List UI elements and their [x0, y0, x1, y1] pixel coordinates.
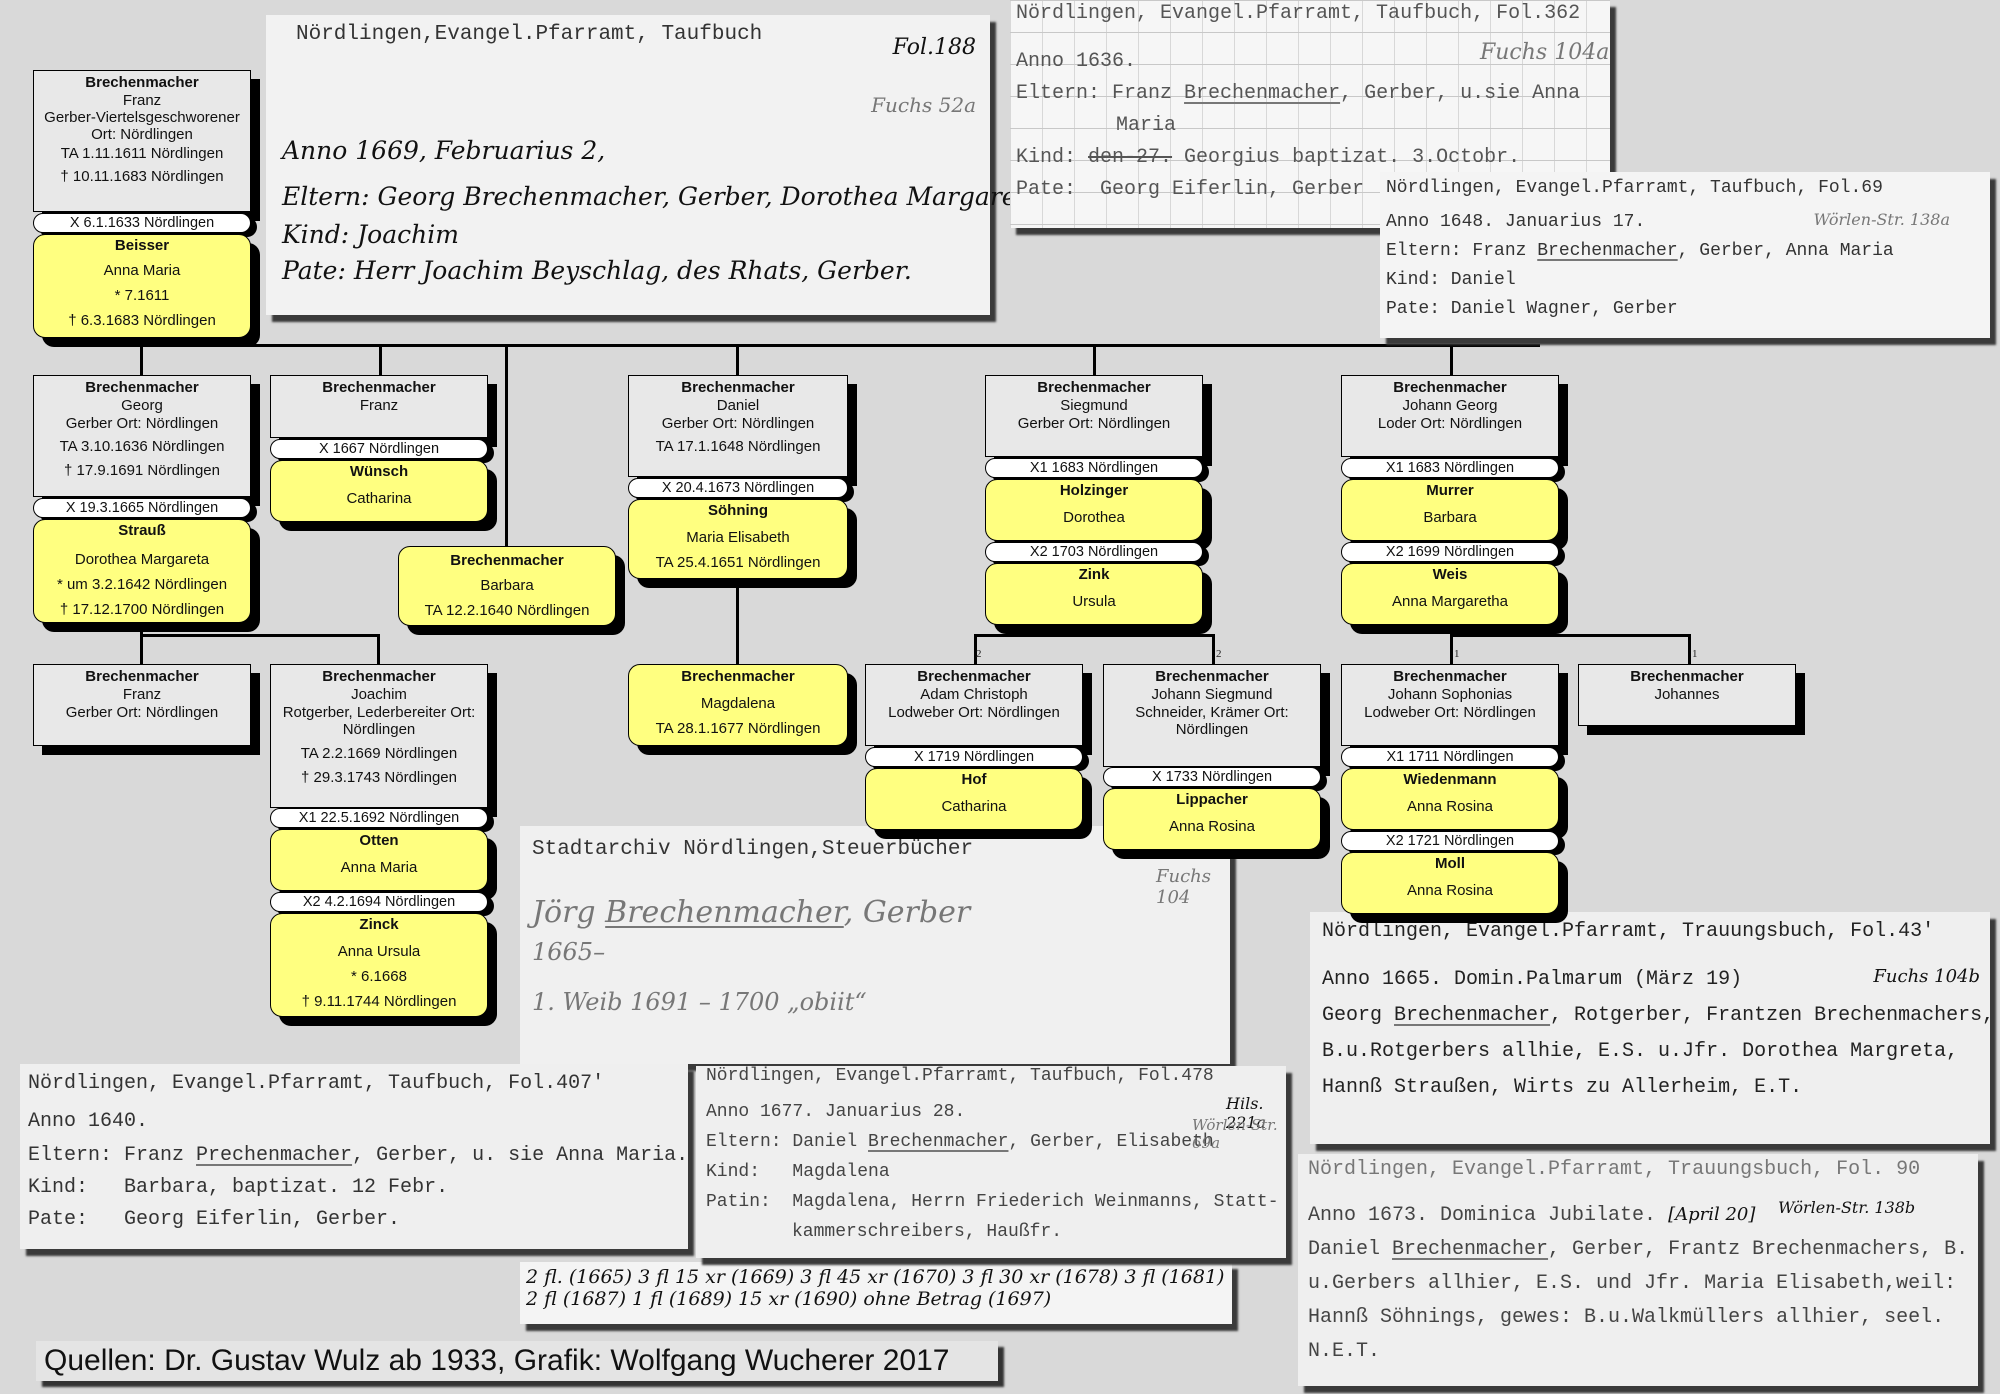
surname: Zinck — [271, 916, 487, 933]
occupation: Gerber Ort: Nördlingen — [629, 416, 847, 431]
card-steuerbuecher: Stadtarchiv Nördlingen,Steuerbücher Fuch… — [520, 826, 1230, 1064]
source-credit: Quellen: Dr. Gustav Wulz ab 1933, Grafik… — [36, 1341, 998, 1381]
steuer-text: Jörg — [532, 895, 605, 930]
reference-note: Fuchs 104b — [1873, 966, 1980, 987]
eltern-text: , Gerber, u.sie Anna — [1340, 82, 1580, 105]
underlined-surname: Brechenmacher — [1392, 1238, 1548, 1261]
marriage-label: X2 1699 Nördlingen — [1341, 542, 1559, 562]
card-trauungsbuch-fol90: Nördlingen, Evangel.Pfarramt, Trauungsbu… — [1298, 1154, 1978, 1386]
steuer-note: 1. Weib 1691 – 1700 „obiit“ — [532, 988, 1230, 1016]
given-name: Anna Rosina — [1342, 882, 1558, 899]
marriage-label: X2 1703 Nördlingen — [985, 542, 1203, 562]
card-header: Nördlingen,Evangel.Pfarramt, Taufbuch — [296, 23, 990, 46]
occupation: Rotgerber, Lederbereiter Ort: — [271, 705, 487, 720]
card-text: , Gerber, Frantz Brechenmachers, B. — [1548, 1238, 1968, 1261]
marriage-label: X1 22.5.1692 Nördlingen — [270, 808, 488, 828]
surname: Beisser — [34, 237, 250, 254]
marriage-label: X 19.3.1665 Nördlingen — [33, 498, 251, 518]
person-barbara-brechenmacher[interactable]: Brechenmacher Barbara TA 12.2.1640 Nördl… — [398, 546, 616, 626]
birth: * um 3.2.1642 Nördlingen — [34, 576, 250, 593]
kind-text: Georgius baptizat. 3.Octobr. — [1172, 146, 1520, 169]
spouse-zink[interactable]: Zink Ursula — [985, 563, 1203, 625]
marriage-label: X2 4.2.1694 Nördlingen — [270, 892, 488, 912]
person-georg-brechenmacher[interactable]: Brechenmacher Georg Gerber Ort: Nördling… — [33, 375, 251, 497]
given-name: Catharina — [866, 798, 1082, 815]
surname: Brechenmacher — [1104, 669, 1320, 684]
place: Ort: Nördlingen — [34, 127, 250, 142]
baptism: TA 28.1.1677 Nördlingen — [629, 721, 847, 736]
marriage-label: X 1733 Nördlingen — [1103, 767, 1321, 787]
card-text: Georg — [1322, 1004, 1394, 1027]
eltern-text: , Gerber, Elisabeth — [1008, 1132, 1213, 1152]
card-taufbuch-fol188: Nördlingen,Evangel.Pfarramt, Taufbuch Fo… — [266, 15, 990, 315]
surname: Brechenmacher — [1342, 669, 1558, 684]
kind-line: Kind: Magdalena — [706, 1162, 1286, 1192]
death: † 29.3.1743 Nördlingen — [271, 770, 487, 785]
reference-note: Wörlen-Str. 138a — [1814, 210, 1950, 229]
given-name: Johann Georg — [1342, 398, 1558, 413]
occupation: Loder Ort: Nördlingen — [1342, 416, 1558, 431]
surname: Brechenmacher — [629, 380, 847, 395]
spouse-moll[interactable]: Moll Anna Rosina — [1341, 852, 1559, 914]
surname: Murrer — [1342, 482, 1558, 499]
surname: Otten — [271, 832, 487, 849]
person-johann-sophonias-brechenmacher[interactable]: Brechenmacher Johann Sophonias Lodweber … — [1341, 664, 1559, 746]
steuer-year: 1665– — [532, 938, 1230, 966]
underlined-surname: Brechenmacher — [605, 895, 844, 930]
patin-continuation: kammerschreibers, Haußfr. — [706, 1222, 1286, 1242]
given-name: Johann Sophonias — [1342, 687, 1558, 702]
spouse-beisser[interactable]: Beisser Anna Maria * 7.1611 † 6.3.1683 N… — [33, 234, 251, 338]
person-franz-brechenmacher-gen3[interactable]: Brechenmacher Franz Gerber Ort: Nördling… — [33, 664, 251, 746]
spouse-otten[interactable]: Otten Anna Maria — [270, 829, 488, 891]
spouse-wuensch[interactable]: Wünsch Catharina — [270, 460, 488, 522]
child-marker: 2 — [976, 648, 982, 660]
baptism: TA 25.4.1651 Nördlingen — [629, 554, 847, 571]
card-steuer-amounts: 2 fl. (1665) 3 fl 15 xr (1669) 3 fl 45 x… — [520, 1262, 1232, 1324]
eltern-text: , Gerber, u. sie Anna Maria. — [352, 1144, 688, 1167]
field-label: Kind: — [1016, 146, 1076, 169]
spouse-zinck[interactable]: Zinck Anna Ursula * 6.1668 † 9.11.1744 N… — [270, 913, 488, 1017]
card-header: Nördlingen, Evangel.Pfarramt, Taufbuch, … — [28, 1072, 688, 1110]
marriage-label: X2 1721 Nördlingen — [1341, 831, 1559, 851]
baptism: TA 17.1.1648 Nördlingen — [629, 439, 847, 454]
child-marker: 1 — [1692, 648, 1698, 660]
steuer-text: , Gerber — [844, 895, 970, 930]
spouse-hof[interactable]: Hof Catharina — [865, 768, 1083, 830]
person-johannes-brechenmacher[interactable]: Brechenmacher Johannes — [1578, 664, 1796, 726]
given-name: Franz — [34, 93, 250, 108]
handwritten-date: [April 20] — [1668, 1204, 1755, 1225]
person-johann-georg-brechenmacher[interactable]: Brechenmacher Johann Georg Loder Ort: Nö… — [1341, 375, 1559, 457]
surname: Hof — [866, 771, 1082, 788]
person-franz-brechenmacher-jun[interactable]: Brechenmacher Franz — [270, 375, 488, 438]
birth: * 6.1668 — [271, 968, 487, 985]
surname: Holzinger — [986, 482, 1202, 499]
surname: Wiedenmann — [1342, 771, 1558, 788]
given-name: Anna Margaretha — [1342, 593, 1558, 610]
marriage-label: X 6.1.1633 Nördlingen — [33, 213, 251, 233]
person-franz-brechenmacher-sen[interactable]: Brechenmacher Franz Gerber-Viertelsgesch… — [33, 70, 251, 212]
spouse-holzinger[interactable]: Holzinger Dorothea — [985, 479, 1203, 541]
card-line: Pate: Herr Joachim Beyschlag, des Rhats,… — [282, 256, 990, 285]
baptism: TA 2.2.1669 Nördlingen — [271, 746, 487, 761]
card-trauungsbuch-fol43: Nördlingen, Evangel.Pfarramt, Trauungsbu… — [1310, 912, 1990, 1144]
spouse-soehning[interactable]: Söhning Maria Elisabeth TA 25.4.1651 Nör… — [628, 499, 848, 579]
given-name: Ursula — [986, 593, 1202, 610]
spouse-wiedenmann[interactable]: Wiedenmann Anna Rosina — [1341, 768, 1559, 830]
struck-text: den-27. — [1088, 146, 1172, 169]
marriage-label: X1 1683 Nördlingen — [1341, 458, 1559, 478]
surname: Brechenmacher — [271, 380, 487, 395]
occupation: Lodweber Ort: Nördlingen — [1342, 705, 1558, 720]
surname: Brechenmacher — [34, 380, 250, 395]
reference-note: Fuchs 104 — [1156, 866, 1230, 908]
card-header: Nördlingen, Evangel.Pfarramt, Taufbuch, … — [706, 1066, 1286, 1102]
spouse-lippacher[interactable]: Lippacher Anna Rosina — [1103, 788, 1321, 850]
card-line: Eltern: Georg Brechenmacher, Gerber, Dor… — [282, 182, 990, 220]
card-taufbuch-fol69: Nördlingen, Evangel.Pfarramt, Taufbuch, … — [1380, 172, 1990, 338]
eltern-text: , Gerber, Anna Maria — [1678, 241, 1894, 261]
given-name: Anna Ursula — [271, 943, 487, 960]
given-name: Barbara — [1342, 509, 1558, 526]
given-name: Anna Maria — [34, 262, 250, 279]
occupation: Lodweber Ort: Nördlingen — [866, 705, 1082, 720]
surname: Weis — [1342, 566, 1558, 583]
given-name: Dorothea — [986, 509, 1202, 526]
given-name: Anna Maria — [271, 859, 487, 876]
surname: Brechenmacher — [986, 380, 1202, 395]
surname: Moll — [1342, 855, 1558, 872]
given-name: Daniel — [629, 398, 847, 413]
child-marker: 1 — [1454, 648, 1460, 660]
reference-note: Fuchs 52a — [871, 93, 976, 117]
pate-line: Pate: Georg Eiferlin, Gerber. — [28, 1208, 688, 1231]
occupation-cont: Nördlingen — [1104, 722, 1320, 737]
occupation: Gerber Ort: Nördlingen — [986, 416, 1202, 431]
occupation-cont: Nördlingen — [271, 722, 487, 737]
card-line: Hannß Söhnings, gewes: B.u.Walkmüllers a… — [1308, 1306, 1978, 1340]
marriage-label: X 1719 Nördlingen — [865, 747, 1083, 767]
underlined-surname: Prechenmacher — [196, 1144, 352, 1167]
baptism: TA 1.11.1611 Nördlingen — [34, 146, 250, 161]
surname: Brechenmacher — [866, 669, 1082, 684]
card-text: , Rotgerber, Frantzen Brechenmachers, — [1550, 1004, 1994, 1027]
given-name: Maria Elisabeth — [629, 529, 847, 546]
occupation: Gerber-Viertelsgeschworener — [34, 110, 250, 125]
card-text: Daniel — [1308, 1238, 1392, 1261]
given-name: Johann Siegmund — [1104, 687, 1320, 702]
given-name: Franz — [34, 687, 250, 702]
folio-label: Fol.188 — [893, 35, 976, 60]
card-line: N.E.T. — [1308, 1340, 1978, 1363]
given-name: Catharina — [271, 490, 487, 507]
given-name: Anna Rosina — [1104, 818, 1320, 835]
given-name: Georg — [34, 398, 250, 413]
marriage-label: X1 1711 Nördlingen — [1341, 747, 1559, 767]
person-adam-christoph-brechenmacher[interactable]: Brechenmacher Adam Christoph Lodweber Or… — [865, 664, 1083, 746]
given-name: Magdalena — [629, 696, 847, 711]
death: † 17.9.1691 Nördlingen — [34, 463, 250, 478]
eltern-text: Eltern: Franz — [28, 1144, 196, 1167]
card-header: Nördlingen, Evangel.Pfarramt, Taufbuch, … — [1386, 178, 1990, 212]
eltern-text: Eltern: Daniel — [706, 1132, 868, 1152]
kind-line: Kind: Daniel — [1386, 270, 1990, 299]
eltern-text: Eltern: Franz — [1386, 241, 1537, 261]
occupation: Gerber Ort: Nördlingen — [34, 705, 250, 720]
marriage-label: X 1667 Nördlingen — [270, 439, 488, 459]
surname: Brechenmacher — [34, 75, 250, 90]
given-name: Joachim — [271, 687, 487, 702]
card-header: Nördlingen, Evangel.Pfarramt, Taufbuch, … — [1016, 2, 1610, 34]
surname: Söhning — [629, 502, 847, 519]
anno-line: Anno 1640. — [28, 1110, 688, 1144]
given-name: Johannes — [1579, 687, 1795, 702]
death: † 6.3.1683 Nördlingen — [34, 312, 250, 329]
birth: * 7.1611 — [34, 287, 250, 304]
kind-line: Kind: Barbara, baptizat. 12 Febr. — [28, 1176, 688, 1208]
spouse-weis[interactable]: Weis Anna Margaretha — [1341, 563, 1559, 625]
occupation: Gerber Ort: Nördlingen — [34, 416, 250, 431]
reference-note: Fuchs 104a — [1480, 40, 1609, 65]
death: † 10.11.1683 Nördlingen — [34, 169, 250, 184]
card-header: Nördlingen, Evangel.Pfarramt, Trauungsbu… — [1322, 920, 1990, 968]
eltern-continuation: Maria — [1016, 114, 1610, 146]
surname: Brechenmacher — [34, 669, 250, 684]
card-line: Hannß Straußen, Wirts zu Allerheim, E.T. — [1322, 1076, 1990, 1099]
person-daniel-brechenmacher[interactable]: Brechenmacher Daniel Gerber Ort: Nördlin… — [628, 375, 848, 477]
patin-line: Patin: Magdalena, Herrn Friederich Weinm… — [706, 1192, 1286, 1222]
person-magdalena-brechenmacher[interactable]: Brechenmacher Magdalena TA 28.1.1677 Nör… — [628, 664, 848, 746]
marriage-label: X1 1683 Nördlingen — [985, 458, 1203, 478]
spouse-strauss[interactable]: Strauß Dorothea Margareta * um 3.2.1642 … — [33, 519, 251, 623]
given-name: Adam Christoph — [866, 687, 1082, 702]
death: † 9.11.1744 Nördlingen — [271, 993, 487, 1010]
given-name: Dorothea Margareta — [34, 551, 250, 568]
pate-line: Pate: Daniel Wagner, Gerber — [1386, 299, 1990, 319]
baptism: TA 12.2.1640 Nördlingen — [399, 603, 615, 618]
occupation: Schneider, Krämer Ort: — [1104, 705, 1320, 720]
person-siegmund-brechenmacher[interactable]: Brechenmacher Siegmund Gerber Ort: Nördl… — [985, 375, 1203, 457]
card-line: Kind: Joachim — [282, 220, 990, 256]
underlined-surname: Brechenmacher — [1184, 82, 1340, 105]
given-name: Siegmund — [986, 398, 1202, 413]
eltern-text: Franz — [1112, 82, 1184, 105]
given-name: Barbara — [399, 578, 615, 593]
person-joachim-brechenmacher[interactable]: Brechenmacher Joachim Rotgerber, Lederbe… — [270, 664, 488, 808]
surname: Brechenmacher — [271, 669, 487, 684]
surname: Zink — [986, 566, 1202, 583]
surname: Wünsch — [271, 463, 487, 480]
given-name: Franz — [271, 398, 487, 413]
reference-note: Wörlen-Str. 138b — [1778, 1198, 1915, 1217]
anno-line: Anno 1673. Dominica Jubilate. — [1308, 1204, 1656, 1227]
underlined-surname: Brechenmacher — [868, 1132, 1008, 1152]
death: † 17.12.1700 Nördlingen — [34, 601, 250, 618]
field-label: Eltern: — [1016, 82, 1100, 105]
card-taufbuch-fol407: Nördlingen, Evangel.Pfarramt, Taufbuch, … — [20, 1064, 688, 1249]
surname: Brechenmacher — [399, 553, 615, 568]
spouse-murrer[interactable]: Murrer Barbara — [1341, 479, 1559, 541]
surname: Brechenmacher — [629, 669, 847, 684]
card-line: u.Gerbers allhier, E.S. und Jfr. Maria E… — [1308, 1272, 1978, 1306]
surname: Brechenmacher — [1342, 380, 1558, 395]
person-johann-siegmund-brechenmacher[interactable]: Brechenmacher Johann Siegmund Schneider,… — [1103, 664, 1321, 767]
underlined-surname: Brechenmacher — [1537, 241, 1677, 261]
amounts-line: 2 fl (1687) 1 fl (1689) 15 xr (1690) ohn… — [526, 1288, 1232, 1310]
card-line: Anno 1669, Februarius 2, — [282, 136, 990, 182]
surname: Brechenmacher — [1579, 669, 1795, 684]
card-taufbuch-fol478: Nördlingen, Evangel.Pfarramt, Taufbuch, … — [696, 1066, 1286, 1258]
surname: Strauß — [34, 522, 250, 539]
marriage-label: X 20.4.1673 Nördlingen — [628, 478, 848, 498]
child-marker: 2 — [1216, 648, 1222, 660]
underlined-surname: Brechenmacher — [1394, 1004, 1550, 1027]
given-name: Anna Rosina — [1342, 798, 1558, 815]
reference-note: Wörlen-Str. 69a — [1192, 1116, 1286, 1152]
surname: Lippacher — [1104, 791, 1320, 808]
card-line: B.u.Rotgerbers allhie, E.S. u.Jfr. Dorot… — [1322, 1040, 1990, 1076]
baptism: TA 3.10.1636 Nördlingen — [34, 439, 250, 454]
amounts-line: 2 fl. (1665) 3 fl 15 xr (1669) 3 fl 45 x… — [526, 1266, 1232, 1288]
